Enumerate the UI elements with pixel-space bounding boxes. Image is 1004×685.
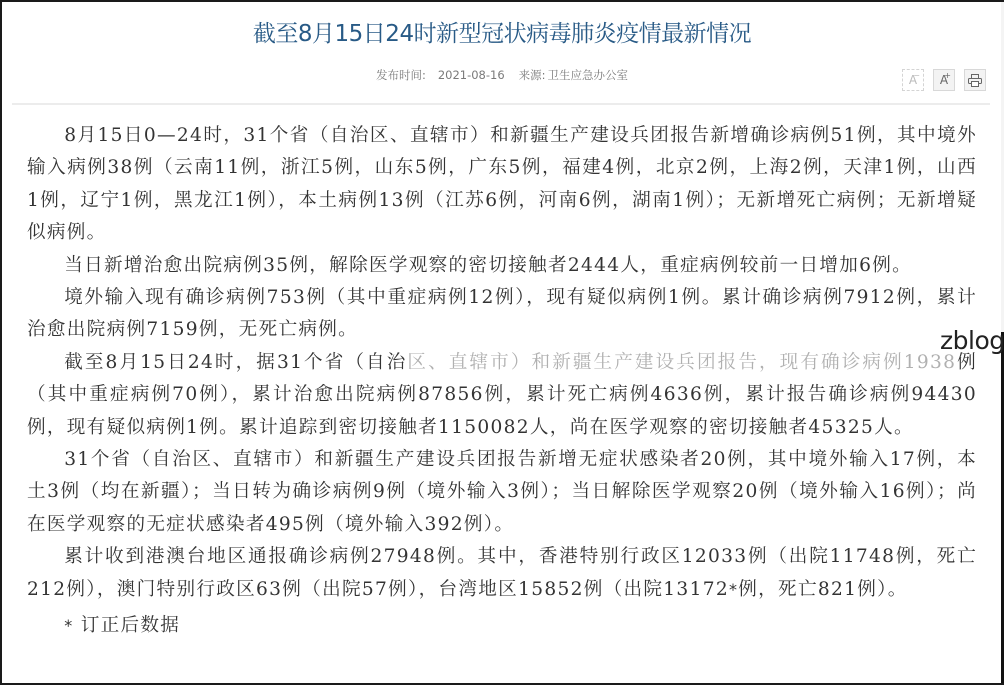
paragraph-recoveries: 当日新增治愈出院病例35例，解除医学观察的密切接触者2444人，重症病例较前一日…	[27, 250, 977, 282]
font-decrease-button[interactable]: A−	[902, 69, 924, 91]
asterisk-mark: *	[729, 580, 738, 599]
publish-date: 2021-08-16	[438, 68, 505, 82]
publish-label: 发布时间:	[376, 68, 426, 82]
article-meta: 发布时间:2021-08-16来源:卫生应急办公室	[2, 66, 1002, 84]
font-increase-button[interactable]: A+	[933, 69, 955, 91]
article-body: 8月15日0—24时，31个省（自治区、直辖市）和新疆生产建设兵团报告新增确诊病…	[27, 120, 977, 643]
header-divider	[12, 103, 990, 105]
print-button[interactable]	[964, 69, 986, 91]
footnote: * 订正后数据	[27, 606, 977, 642]
paragraph-imported: 境外输入现有确诊病例753例（其中重症病例12例），现有疑似病例1例。累计确诊病…	[27, 282, 977, 347]
page-title: 截至8月15日24时新型冠状病毒肺炎疫情最新情况	[2, 16, 1002, 52]
paragraph-asymptomatic: 31个省（自治区、直辖市）和新疆生产建设兵团报告新增无症状感染者20例，其中境外…	[27, 444, 977, 541]
asterisk-mark: *	[64, 616, 73, 635]
paragraph-cumulative: 截至8月15日24时，据31个省（自治区、直辖市）和新疆生产建设兵团报告，现有确…	[27, 347, 977, 444]
watermark: zblog	[940, 326, 1004, 355]
article-header: 截至8月15日24时新型冠状病毒肺炎疫情最新情况 发布时间:2021-08-16…	[2, 2, 1002, 104]
source-label: 来源:	[519, 68, 546, 82]
paragraph-hk-macao-taiwan: 累计收到港澳台地区通报确诊病例27948例。其中，香港特别行政区12033例（出…	[27, 541, 977, 606]
printer-icon	[968, 74, 982, 87]
article-toolbar: A− A+	[902, 69, 986, 91]
paragraph-new-cases: 8月15日0—24时，31个省（自治区、直辖市）和新疆生产建设兵团报告新增确诊病…	[27, 120, 977, 250]
faded-text: 区、直辖市）和新疆生产建设兵团报告，现有确诊病例1938	[407, 352, 956, 373]
source-value: 卫生应急办公室	[548, 68, 629, 82]
